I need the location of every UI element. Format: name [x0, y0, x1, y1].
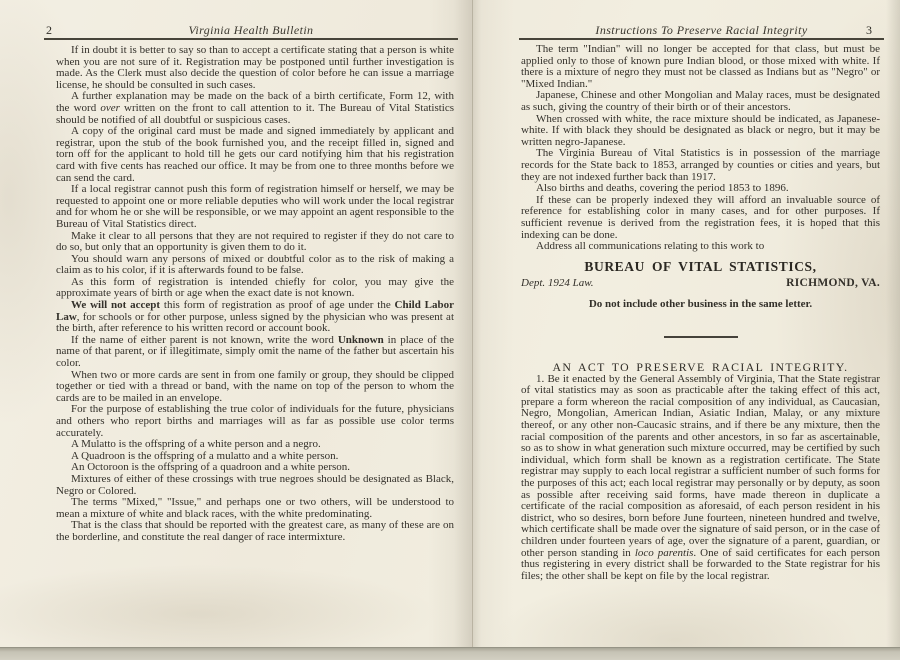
page-stack-bottom-edge	[0, 647, 900, 660]
mail-notice: Do not include other business in the sam…	[521, 299, 880, 311]
city-label: RICHMOND, VA.	[786, 278, 880, 290]
italic-word: over	[100, 102, 120, 114]
left-header-rule	[44, 38, 458, 40]
italic-phrase: loco parentis	[635, 547, 694, 559]
paragraph: The terms "Mixed," "Issue," and perhaps …	[56, 497, 454, 520]
right-running-title: Instructions To Preserve Racial Integrit…	[519, 23, 884, 38]
paragraph-text: 1. Be it enacted by the General Assembly…	[521, 373, 880, 559]
paragraph: That is the class that should be reporte…	[56, 520, 454, 543]
paragraph: Also births and deaths, covering the per…	[521, 183, 880, 195]
left-page-number: 2	[46, 23, 52, 38]
paragraph: We will not accept this form of registra…	[56, 300, 454, 335]
left-page-header: 2 Virginia Health Bulletin	[44, 23, 458, 38]
bold-word: Unknown	[338, 334, 384, 346]
paragraph: The term "Indian" will no longer be acce…	[521, 44, 880, 90]
left-running-title: Virginia Health Bulletin	[44, 23, 458, 38]
paragraph: When two or more cards are sent in from …	[56, 370, 454, 405]
page-stack-right-edge	[886, 0, 900, 647]
paragraph: Make it clear to all persons that they a…	[56, 231, 454, 254]
right-header-rule	[519, 38, 884, 40]
paragraph: A copy of the original card must be made…	[56, 126, 454, 184]
paragraph: Japanese, Chinese and other Mongolian an…	[521, 90, 880, 113]
bureau-name: BUREAU OF VITAL STATISTICS,	[521, 261, 880, 273]
section-divider	[664, 336, 738, 338]
page-gutter-crease	[428, 0, 514, 648]
right-page-number: 3	[866, 23, 872, 38]
paragraph: You should warn any persons of mixed or …	[56, 254, 454, 277]
paragraph: For the purpose of establishing the true…	[56, 404, 454, 439]
address-intro-line: Address all communications relating to t…	[521, 241, 880, 253]
paragraph: The Virginia Bureau of Vital Statistics …	[521, 148, 880, 183]
dept-law-label: Dept. 1924 Law.	[521, 278, 594, 290]
dept-row: Dept. 1924 Law. RICHMOND, VA.	[521, 278, 880, 290]
paragraph: If these can be properly indexed they wi…	[521, 195, 880, 241]
paragraph-text: If the name of either parent is not know…	[71, 334, 338, 346]
right-text-column: The term "Indian" will no longer be acce…	[521, 44, 880, 582]
paragraph: A further explanation may be made on the…	[56, 91, 454, 126]
paragraph: If in doubt it is better to say so than …	[56, 45, 454, 91]
book-scan: 2 Virginia Health Bulletin If in doubt i…	[0, 0, 900, 660]
paragraph: As this form of registration is intended…	[56, 277, 454, 300]
right-page-header: Instructions To Preserve Racial Integrit…	[519, 23, 884, 38]
paragraph: If a local registrar cannot push this fo…	[56, 184, 454, 230]
paragraph: Mixtures of either of these crossings wi…	[56, 474, 454, 497]
paragraph: If the name of either parent is not know…	[56, 335, 454, 370]
left-text-column: If in doubt it is better to say so than …	[56, 45, 454, 544]
act-paragraph: 1. Be it enacted by the General Assembly…	[521, 374, 880, 583]
paragraph: When crossed with white, the race mixtur…	[521, 114, 880, 149]
paragraph-text: , for schools or for other purpose, unle…	[56, 311, 454, 335]
paragraph-text: this form of registration as proof of ag…	[160, 299, 394, 311]
bold-phrase: We will not accept	[71, 299, 160, 311]
